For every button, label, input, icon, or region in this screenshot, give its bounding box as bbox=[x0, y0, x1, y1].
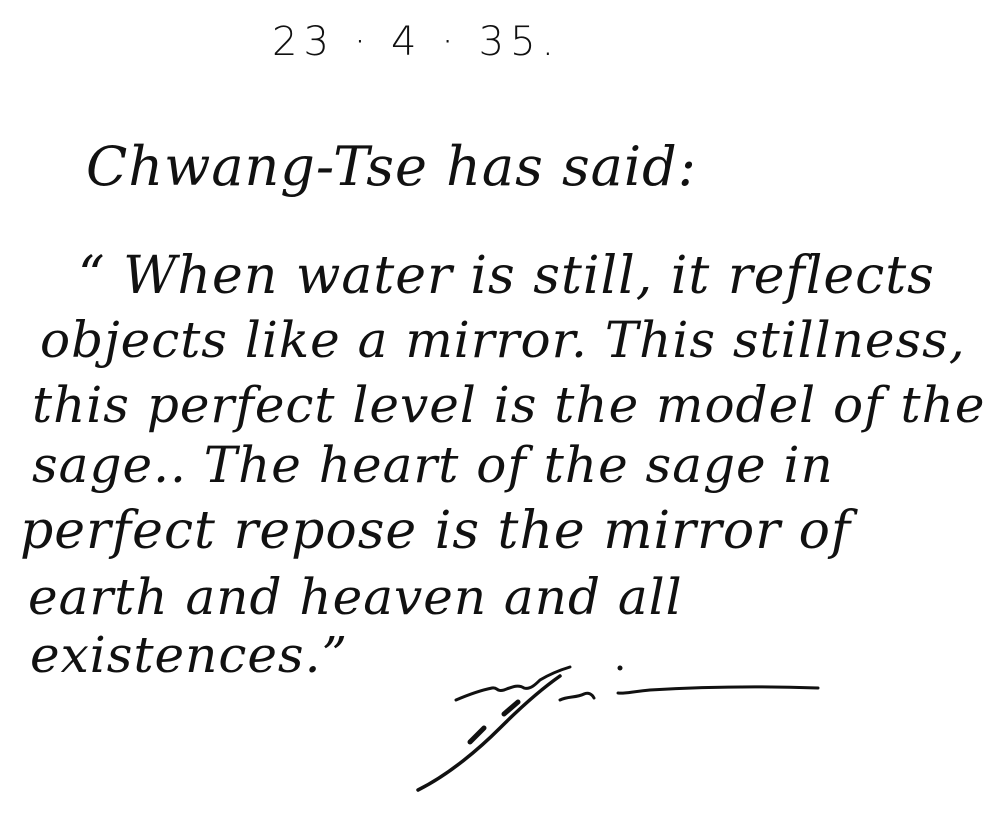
note-heading: Chwang-Tse has said: bbox=[86, 140, 697, 194]
handwritten-note: 23 · 4 · 35. Chwang-Tse has said: “ When… bbox=[0, 0, 990, 825]
quote-line-7: existences.” bbox=[30, 630, 348, 680]
quote-line-2: objects like a mirror. This stillness, bbox=[40, 315, 966, 365]
signature-icon bbox=[400, 650, 840, 820]
quote-line-6: earth and heaven and all bbox=[28, 572, 683, 622]
quote-line-3: this perfect level is the model of the bbox=[32, 380, 985, 430]
quote-line-4: sage.. The heart of the sage in bbox=[32, 440, 834, 490]
note-date: 23 · 4 · 35. bbox=[272, 22, 560, 62]
quote-line-1: “ When water is still, it reflects bbox=[78, 250, 935, 302]
quote-line-5: perfect repose is the mirror of bbox=[20, 505, 851, 557]
